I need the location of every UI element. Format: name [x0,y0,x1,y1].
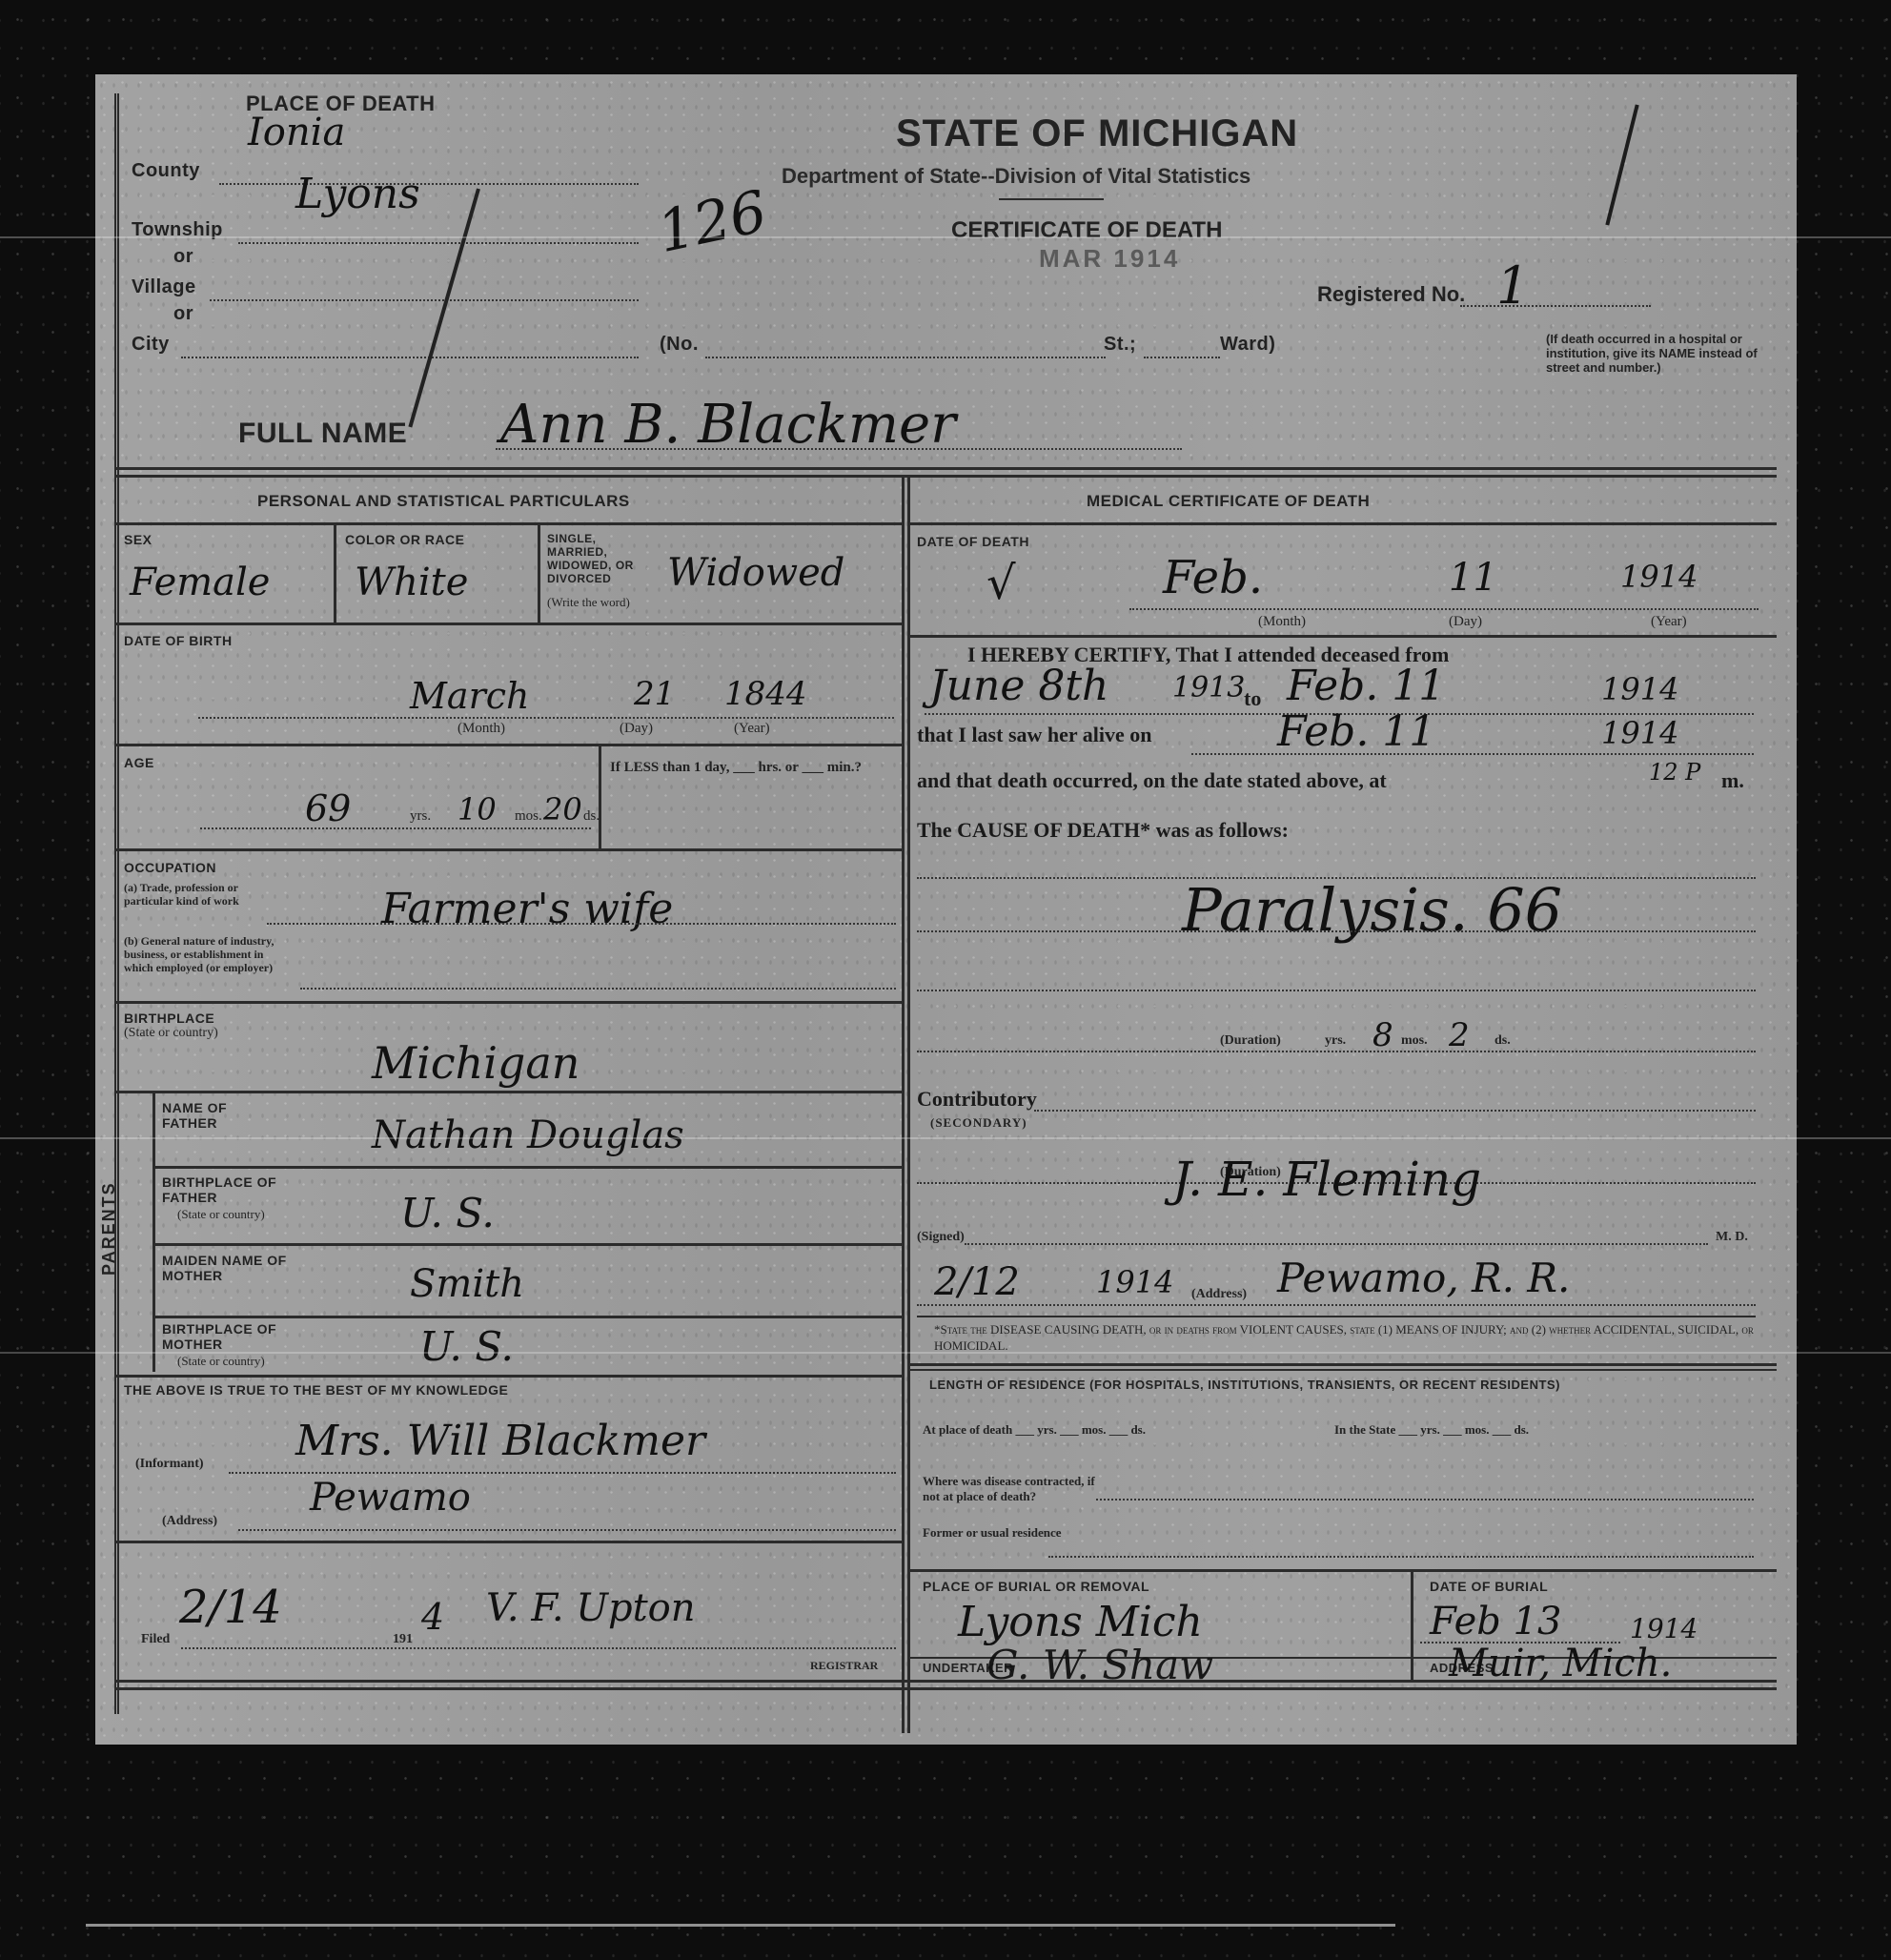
full-name-label: FULL NAME [238,418,407,450]
father-name-value: Nathan Douglas [372,1113,684,1157]
occupation-value: Farmer's wife [381,885,673,933]
township-value: Lyons [295,170,420,218]
burial-date-label: DATE OF BURIAL [1430,1579,1548,1594]
attended-from: June 8th [929,662,1108,710]
ward-label: Ward) [1220,334,1275,356]
dob-year-caption: (Year) [734,721,770,737]
dod-year: 1914 [1620,559,1698,595]
signature-address: Pewamo, R. R. [1277,1255,1570,1301]
dob-day-caption: (Day) [620,721,653,737]
race-label: COLOR OR RACE [345,532,465,547]
dob-year: 1844 [724,675,807,713]
dod-day: 11 [1449,556,1497,600]
street-no-label: (No. [660,334,699,356]
certificate-title: CERTIFICATE OF DEATH [951,217,1222,244]
burial-year: 1914 [1630,1613,1698,1644]
mother-birthplace-value: U. S. [419,1323,514,1370]
dob-month-caption: (Month) [457,721,505,737]
age-days: 20 [543,791,582,827]
age-months: 10 [457,791,497,827]
father-birthplace-value: U. S. [400,1190,495,1236]
death-certificate: PLACE OF DEATH Ionia County Lyons Townsh… [95,74,1797,1745]
duration-months: 8 [1372,1016,1393,1054]
death-time: 12 P [1649,759,1700,786]
informant-heading: THE ABOVE IS TRUE TO THE BEST OF MY KNOW… [124,1382,508,1398]
last-saw-date: Feb. 11 [1277,707,1435,756]
mother-name-value: Smith [410,1262,524,1306]
duration-label: (Duration) [1220,1033,1281,1049]
state-title: STATE OF MICHIGAN [896,112,1298,155]
filed-date: 2/14 [179,1581,282,1634]
personal-section-title: PERSONAL AND STATISTICAL PARTICULARS [257,492,630,511]
occupation-label: OCCUPATION [124,860,216,875]
dod-day-caption: (Day) [1449,614,1482,630]
residence-label: LENGTH OF RESIDENCE (FOR HOSPITALS, INST… [929,1377,1749,1394]
signed-date: 2/12 [934,1260,1020,1304]
duration-days: 2 [1449,1016,1470,1054]
film-scratch [0,236,1891,238]
registrar-label: REGISTRAR [810,1659,878,1673]
county-value: Ionia [248,111,345,154]
sex-value: Female [130,561,270,604]
undertaker-address: Muir, Mich. [1449,1642,1672,1685]
death-occurred-text: and that death occurred, on the date sta… [917,768,1387,793]
contributory-label: Contributory [917,1087,1037,1112]
filed-year-prefix: 191 [393,1632,413,1647]
duration-ds-label: ds. [1494,1033,1511,1049]
dod-check-mark: √ [986,557,1016,610]
or-label: or [173,246,193,268]
parents-label: PARENTS [99,1181,119,1276]
contracted-label: Where was disease contracted, if not at … [923,1474,1113,1504]
hospital-note: (If death occurred in a hospital or inst… [1546,332,1775,375]
birthplace-value: Michigan [372,1037,579,1089]
cause-of-death: Paralysis. 66 [1182,875,1562,945]
city-label: City [132,334,170,356]
film-scratch [0,1352,1891,1354]
burial-place-label: PLACE OF BURIAL OR REMOVAL [923,1579,1149,1594]
department-title: Department of State--Division of Vital S… [782,164,1250,189]
filed-label: Filed [141,1632,170,1647]
age-label: AGE [124,755,154,770]
registered-no: 1 [1496,255,1529,316]
undertaker-name: G. W. Shaw [986,1642,1213,1688]
dob-day: 21 [634,675,675,713]
duration-yrs-label: yrs. [1325,1033,1346,1049]
in-state-label: In the State ___ yrs. ___ mos. ___ ds. [1334,1422,1754,1438]
film-scratch [86,1924,1395,1927]
occupation-b-label: (b) General nature of industry, business… [124,934,295,974]
dob-month: March [410,675,530,717]
county-label: County [132,160,200,182]
burial-date: Feb 13 [1430,1600,1561,1644]
village-label: Village [132,276,196,298]
last-saw-text: that I last saw her alive on [917,723,1152,747]
signed-label: (Signed) [917,1230,965,1245]
dod-month: Feb. [1163,551,1263,604]
dob-label: DATE OF BIRTH [124,633,233,648]
registered-no-label: Registered No. [1317,282,1465,307]
father-birthplace-hint: (State or country) [177,1207,265,1222]
signed-year: 1914 [1096,1264,1173,1300]
informant-label: (Informant) [135,1457,204,1472]
dod-month-caption: (Month) [1258,614,1306,630]
marital-value: Widowed [667,551,844,595]
duration-mos-label: mos. [1401,1033,1428,1049]
md-label: M. D. [1716,1230,1748,1245]
film-scratch [0,1137,1891,1139]
received-stamp: MAR 1914 [1039,244,1180,274]
registrar-signature: V. F. Upton [486,1586,696,1630]
signature-address-label: (Address) [1191,1287,1247,1302]
mother-name-label: MAIDEN NAME OF MOTHER [162,1253,305,1283]
mos-label: mos. [515,808,542,825]
full-name-value: Ann B. Blackmer [500,394,956,456]
last-saw-year: 1914 [1601,715,1678,751]
attended-to-year: 1914 [1601,671,1678,707]
yrs-label: yrs. [410,808,431,825]
father-birthplace-label: BIRTHPLACE OF FATHER [162,1174,295,1205]
attended-to: Feb. 11 [1287,662,1445,710]
burial-place: Lyons Mich [958,1598,1203,1646]
secondary-label: (SECONDARY) [930,1115,1027,1131]
ds-label: ds. [583,808,600,825]
birthplace-hint: (State or country) [124,1026,218,1041]
physician-signature: J. E. Fleming [1172,1152,1481,1207]
or-label: or [173,303,193,325]
street-label: St.; [1104,334,1136,356]
time-suffix: m. [1721,768,1744,793]
medical-section-title: MEDICAL CERTIFICATE OF DEATH [1087,492,1370,511]
race-value: White [355,561,468,604]
sex-label: SEX [124,532,152,547]
dod-year-caption: (Year) [1651,614,1687,630]
father-name-label: NAME OF FATHER [162,1100,286,1131]
informant-address-label: (Address) [162,1514,217,1529]
occupation-a-label: (a) Trade, profession or particular kind… [124,881,267,908]
age-years: 69 [305,787,351,829]
informant-value: Mrs. Will Blackmer [295,1417,705,1465]
less-than-day-label: If LESS than 1 day, ___ hrs. or ___ min.… [610,753,891,782]
former-residence-label: Former or usual residence [923,1525,1075,1541]
at-place-label: At place of death ___ yrs. ___ mos. ___ … [923,1422,1285,1438]
attended-from-year: 1913 [1172,671,1245,704]
mother-birthplace-label: BIRTHPLACE OF MOTHER [162,1321,295,1352]
marital-label: SINGLE, MARRIED, WIDOWED, OR DIVORCED [547,532,652,585]
cause-heading: The CAUSE OF DEATH* was as follows: [917,818,1289,843]
birthplace-label: BIRTHPLACE [124,1011,214,1026]
informant-address: Pewamo [310,1476,471,1520]
to-label: to [1244,686,1261,711]
dod-label: DATE OF DEATH [917,534,1029,549]
filed-year-suffix: 4 [421,1596,444,1638]
cause-footnote: *State the DISEASE CAUSING DEATH, or in … [934,1321,1754,1354]
marital-hint: (Write the word) [547,595,630,610]
mother-birthplace-hint: (State or country) [177,1354,265,1369]
